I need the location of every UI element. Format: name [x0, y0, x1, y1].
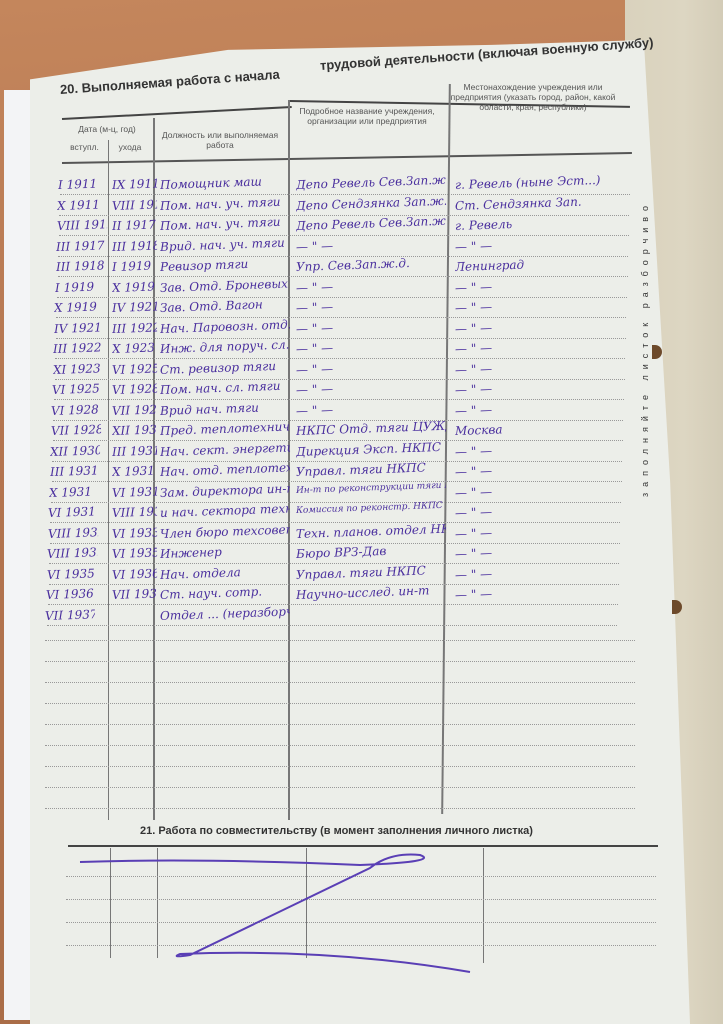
section-21-strike-mark — [0, 0, 723, 1024]
